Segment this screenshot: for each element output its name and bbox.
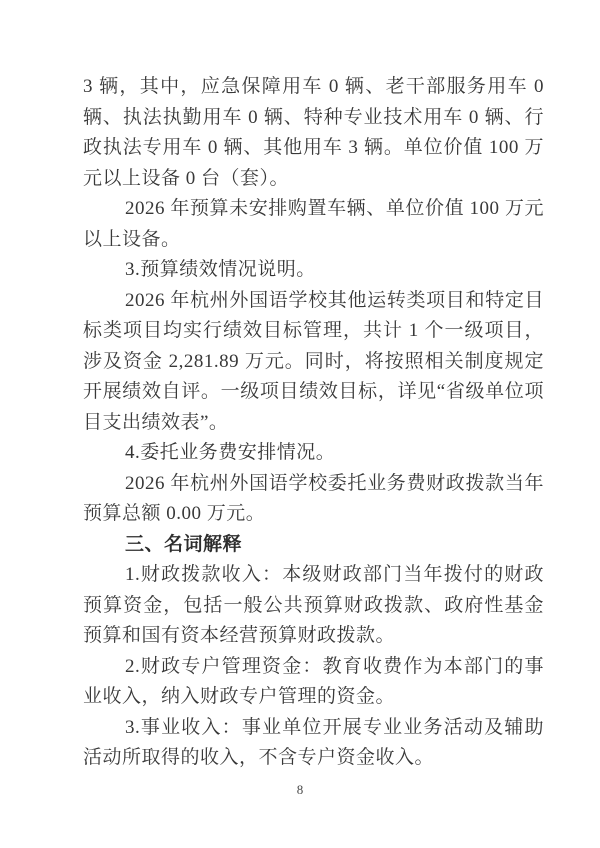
page-number: 8 (0, 782, 600, 798)
subheading-entrusted-business-fee: 4.委托业务费安排情况。 (83, 438, 544, 469)
paragraph-2026-no-purchase: 2026 年预算未安排购置车辆、单位价值 100 万元以上设备。 (83, 194, 544, 255)
page-content: 3 辆，其中，应急保障用车 0 辆、老干部服务用车 0 辆、执法执勤用车 0 辆… (83, 72, 544, 774)
paragraph-term-operational-income: 3.事业收入：事业单位开展专业业务活动及辅助活动所取得的收入，不含专户资金收入。 (83, 713, 544, 774)
document-page: 3 辆，其中，应急保障用车 0 辆、老干部服务用车 0 辆、执法执勤用车 0 辆… (0, 0, 600, 848)
paragraph-entrusted-fee-total: 2026 年杭州外国语学校委托业务费财政拨款当年预算总额 0.00 万元。 (83, 469, 544, 530)
paragraph-term-special-account-funds: 2.财政专户管理资金：教育收费作为本部门的事业收入，纳入财政专户管理的资金。 (83, 652, 544, 713)
subheading-budget-performance: 3.预算绩效情况说明。 (83, 255, 544, 286)
paragraph-performance-detail: 2026 年杭州外国语学校其他运转类项目和特定目标类项目均实行绩效目标管理，共计… (83, 286, 544, 439)
paragraph-term-fiscal-appropriation: 1.财政拨款收入：本级财政部门当年拨付的财政预算资金，包括一般公共预算财政拨款、… (83, 560, 544, 652)
paragraph-vehicle-equipment: 3 辆，其中，应急保障用车 0 辆、老干部服务用车 0 辆、执法执勤用车 0 辆… (83, 72, 544, 194)
section-heading-glossary: 三、名词解释 (83, 530, 544, 561)
